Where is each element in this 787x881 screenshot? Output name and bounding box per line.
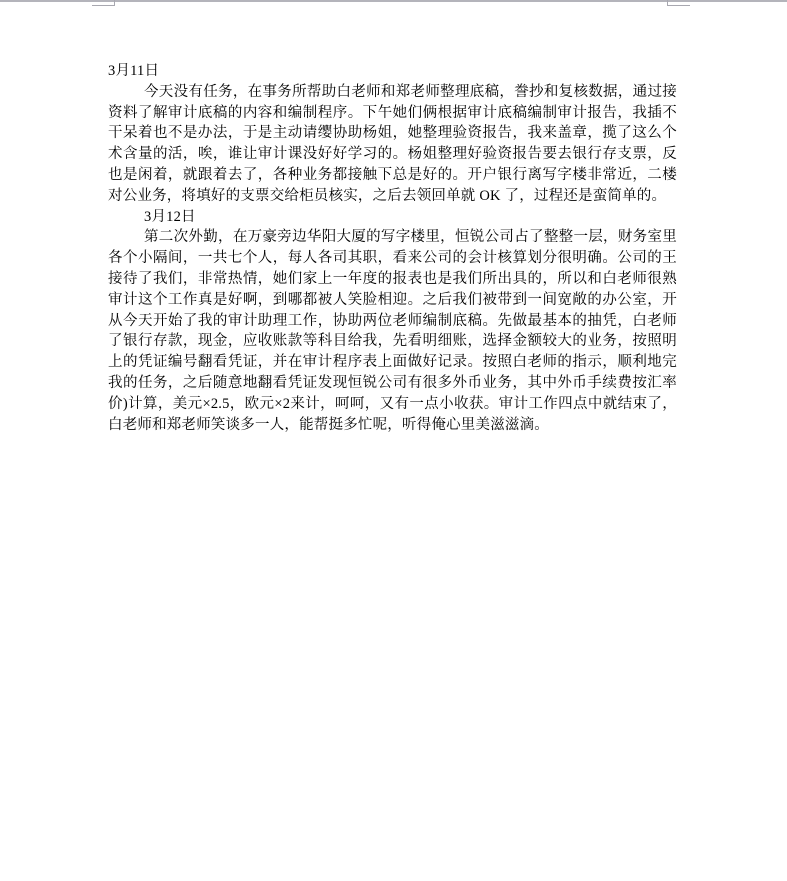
document-text: 3月11日 今天没有任务，在事务所帮助白老师和郑老师整理底稿，誊抄和复核数据，通… bbox=[108, 61, 677, 435]
diary-date-heading: 3月11日 bbox=[108, 61, 677, 82]
diary-date-heading: 3月12日 bbox=[108, 207, 677, 228]
text-boundary-mark-right bbox=[667, 0, 690, 6]
diary-line: 第二次外勤，在万豪旁边华阳大厦的写字楼里，恒锐公司占了整整一层，财务室里面是 bbox=[108, 227, 677, 248]
diary-line: 今天没有任务，在事务所帮助白老师和郑老师整理底稿，誊抄和复核数据，通过接手的 bbox=[108, 82, 677, 103]
diary-line: 我的任务，之后随意地翻看凭证发现恒锐公司有很多外币业务，其中外币手续费按汇率(牌 bbox=[108, 373, 677, 394]
diary-line: 对公业务，将填好的支票交给柜员核实，之后去领回单就 OK 了，过程还是蛮简单的。 bbox=[108, 186, 677, 207]
document-page: 3月11日 今天没有任务，在事务所帮助白老师和郑老师整理底稿，誊抄和复核数据，通… bbox=[0, 0, 787, 881]
diary-line: 价)计算，美元×2.5，欧元×2来计，呵呵，又有一点小收获。审计工作四点中就结束… bbox=[108, 394, 677, 415]
diary-line: 了银行存款，现金，应收账款等科目给我，先看明细账，选择金额较大的业务，按照明细账 bbox=[108, 331, 677, 352]
diary-line: 审计这个工作真是好啊，到哪都被人笑脸相迎。之后我们被带到一间宽敞的办公室，开工了… bbox=[108, 290, 677, 311]
diary-line: 资料了解审计底稿的内容和编制程序。下午她们俩根据审计底稿编制审计报告，我插不上手… bbox=[108, 103, 677, 124]
diary-line: 白老师和郑老师笑谈多一人，能帮挺多忙呢，听得俺心里美滋滋滴。 bbox=[108, 415, 677, 436]
diary-line: 也是闲着，就跟着去了，各种业务都接触下总是好的。开户银行离写字楼非常近，二楼处理 bbox=[108, 165, 677, 186]
diary-line: 接待了我们，非常热情，她们家上一年度的报表也是我们所出具的，所以和白老师很熟络。 bbox=[108, 269, 677, 290]
diary-line: 从今天开始了我的审计助理工作，协助两位老师编制底稿。先做最基本的抽凭，白老师安排 bbox=[108, 311, 677, 332]
diary-line: 术含量的活，唉，谁让审计课没好好学习的。杨姐整理好验资报告要去银行存支票，反正我 bbox=[108, 144, 677, 165]
diary-line: 各个小隔间，一共七个人，每人各司其职，看来公司的会计核算划分很明确。公司的王会计 bbox=[108, 248, 677, 269]
diary-line: 干呆着也不是办法，于是主动请缨协助杨姐，她整理验资报告，我来盖章，揽了这么个没技 bbox=[108, 123, 677, 144]
text-boundary-mark-left bbox=[92, 0, 115, 6]
diary-line: 上的凭证编号翻看凭证，并在审计程序表上面做好记录。按照白老师的指示，顺利地完成了 bbox=[108, 352, 677, 373]
